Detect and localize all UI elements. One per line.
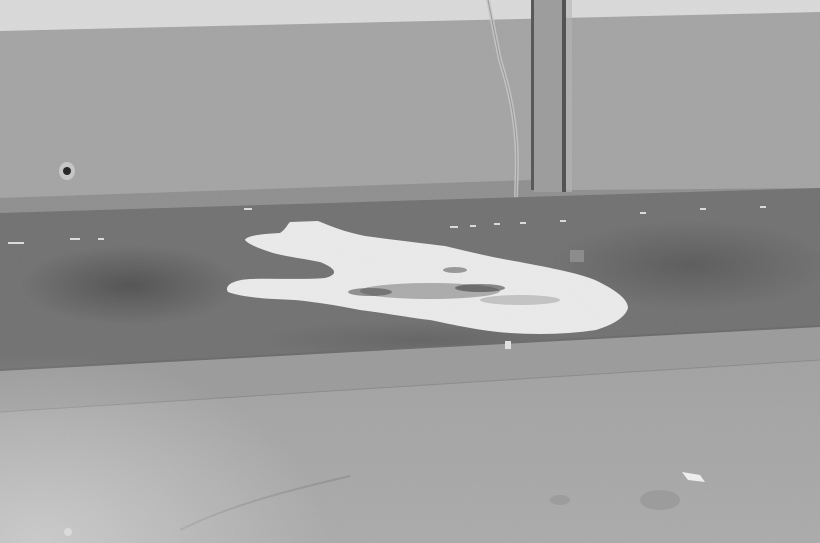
photo-scene	[0, 0, 820, 543]
photo	[0, 0, 820, 543]
